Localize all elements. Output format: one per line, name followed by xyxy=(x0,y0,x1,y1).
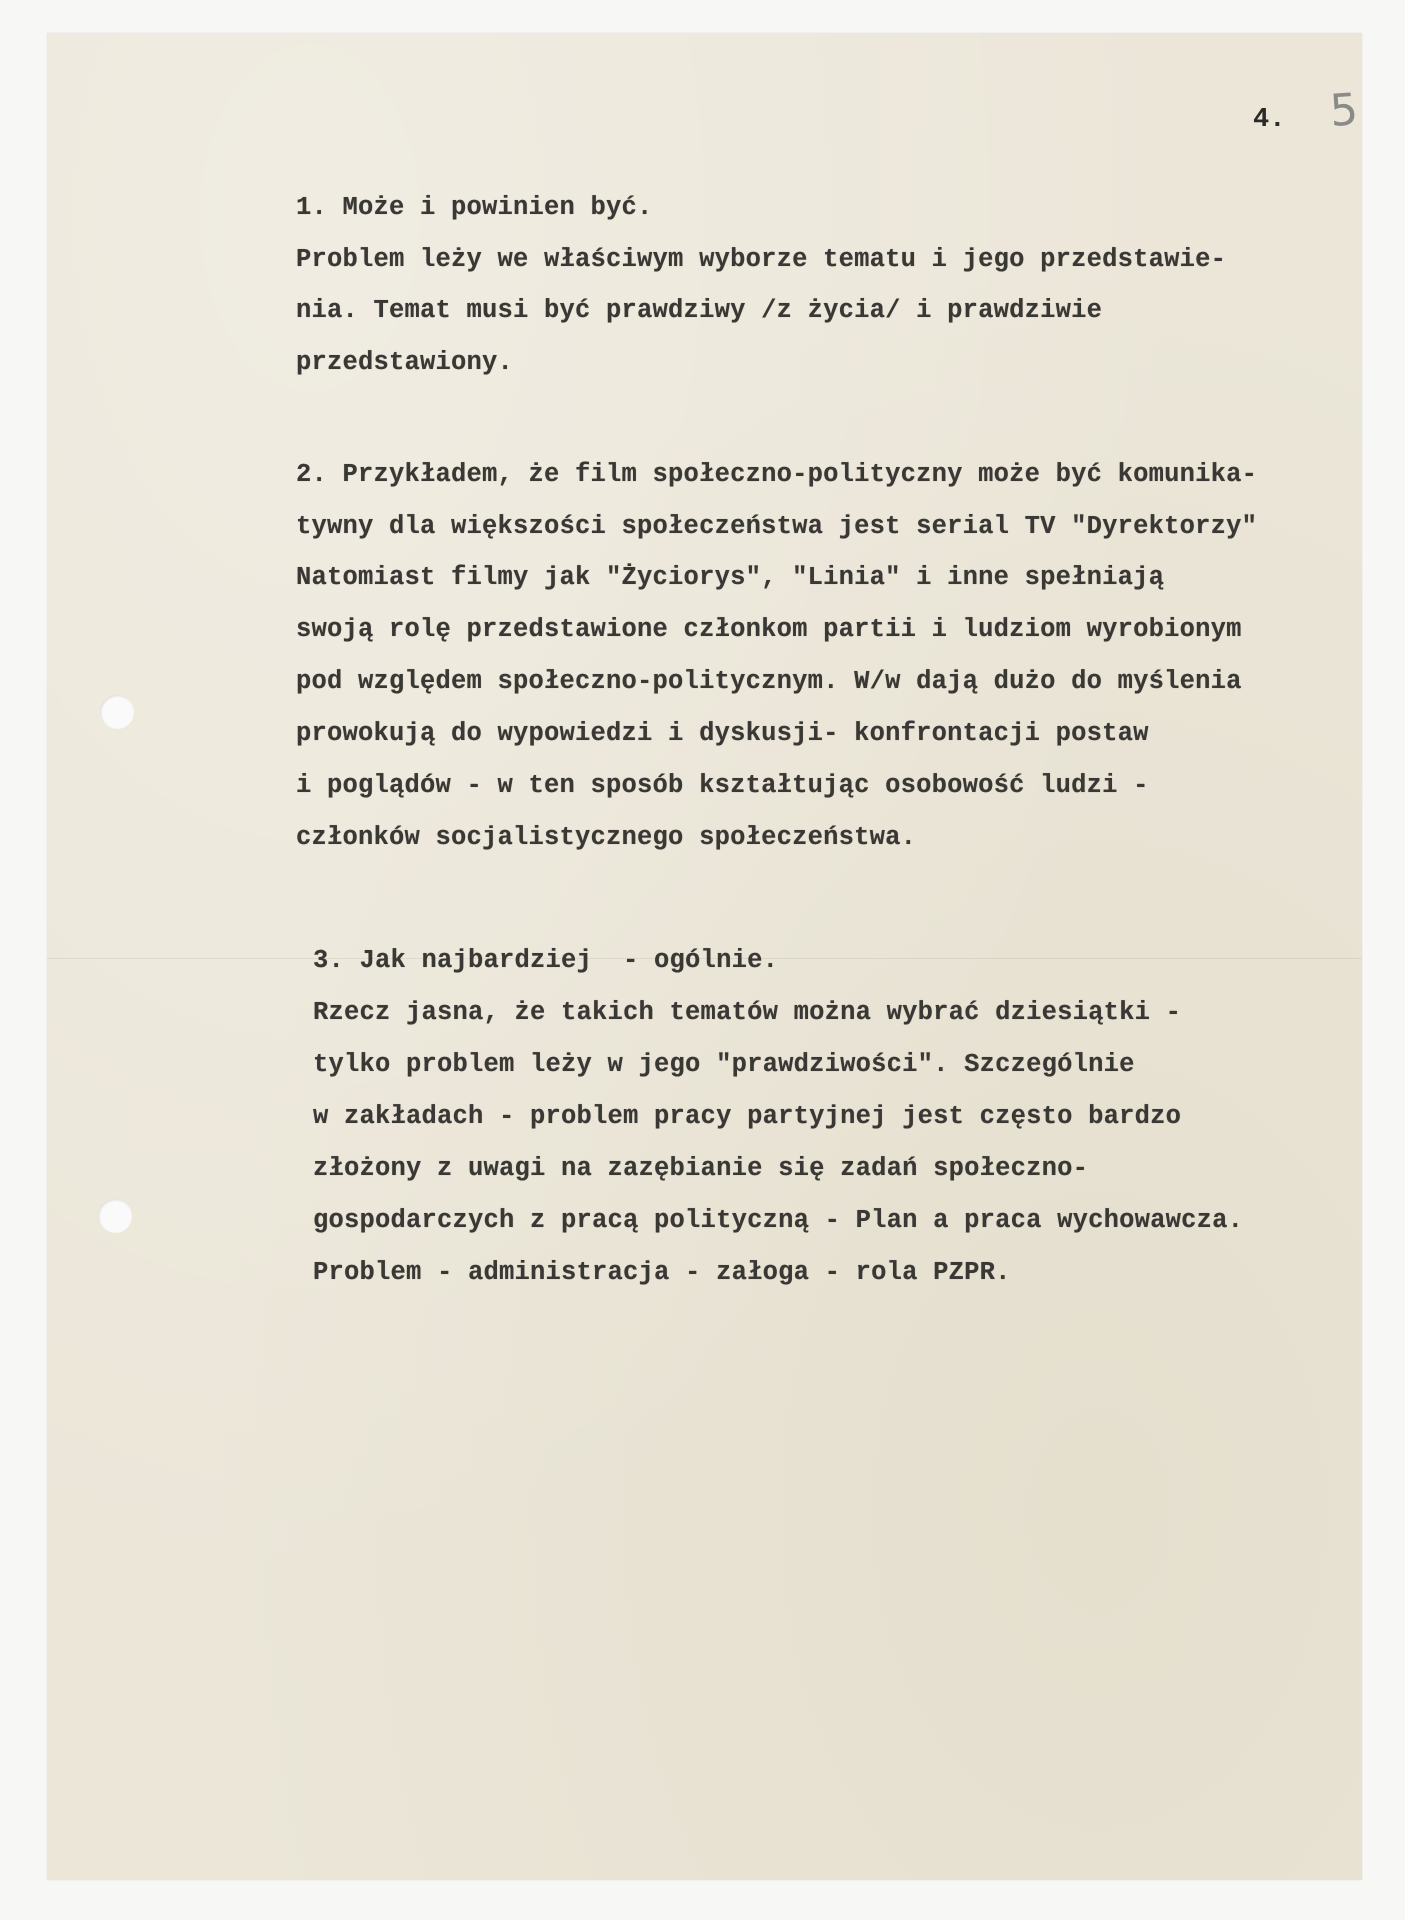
text-line: przedstawiony. xyxy=(296,348,513,377)
text-line: Natomiast filmy jak "Życiorys", "Linia" … xyxy=(296,563,1164,592)
text-line: swoją rolę przedstawione członkom partii… xyxy=(296,615,1242,644)
text-line: członków socjalistycznego społeczeństwa. xyxy=(296,823,916,852)
paper-sheet: 4. 5 1. Może i powinien być. Problem leż… xyxy=(47,33,1362,1880)
text-line: Problem - administracja - załoga - rola … xyxy=(313,1258,1011,1287)
page-number-typed: 4. xyxy=(1253,105,1285,135)
text-line: tylko problem leży w jego "prawdziwości"… xyxy=(313,1050,1135,1079)
page-number-handwritten: 5 xyxy=(1328,84,1359,137)
text-line: Rzecz jasna, że takich tematów można wyb… xyxy=(313,998,1181,1027)
text-line: pod względem społeczno-politycznym. W/w … xyxy=(296,667,1242,696)
punch-hole-bottom xyxy=(98,1199,132,1233)
text-line: i poglądów - w ten sposób kształtując os… xyxy=(296,771,1149,800)
text-line: nia. Temat musi być prawdziwy /z życia/ … xyxy=(296,296,1102,325)
text-line: gospodarczych z pracą polityczną - Plan … xyxy=(313,1206,1243,1235)
section-3-heading: 3. Jak najbardziej - ogólnie. xyxy=(313,946,778,975)
text-line: złożony z uwagi na zazębianie się zadań … xyxy=(313,1154,1088,1183)
section-2-heading: 2. Przykładem, że film społeczno-polityc… xyxy=(296,460,1257,489)
text-line: prowokują do wypowiedzi i dyskusji- konf… xyxy=(296,719,1149,748)
text-line: tywny dla większości społeczeństwa jest … xyxy=(296,512,1257,541)
punch-hole-top xyxy=(100,695,134,729)
text-line: Problem leży we właściwym wyborze tematu… xyxy=(296,245,1226,274)
section-1-heading: 1. Może i powinien być. xyxy=(296,193,653,222)
text-line: w zakładach - problem pracy partyjnej je… xyxy=(313,1102,1181,1131)
